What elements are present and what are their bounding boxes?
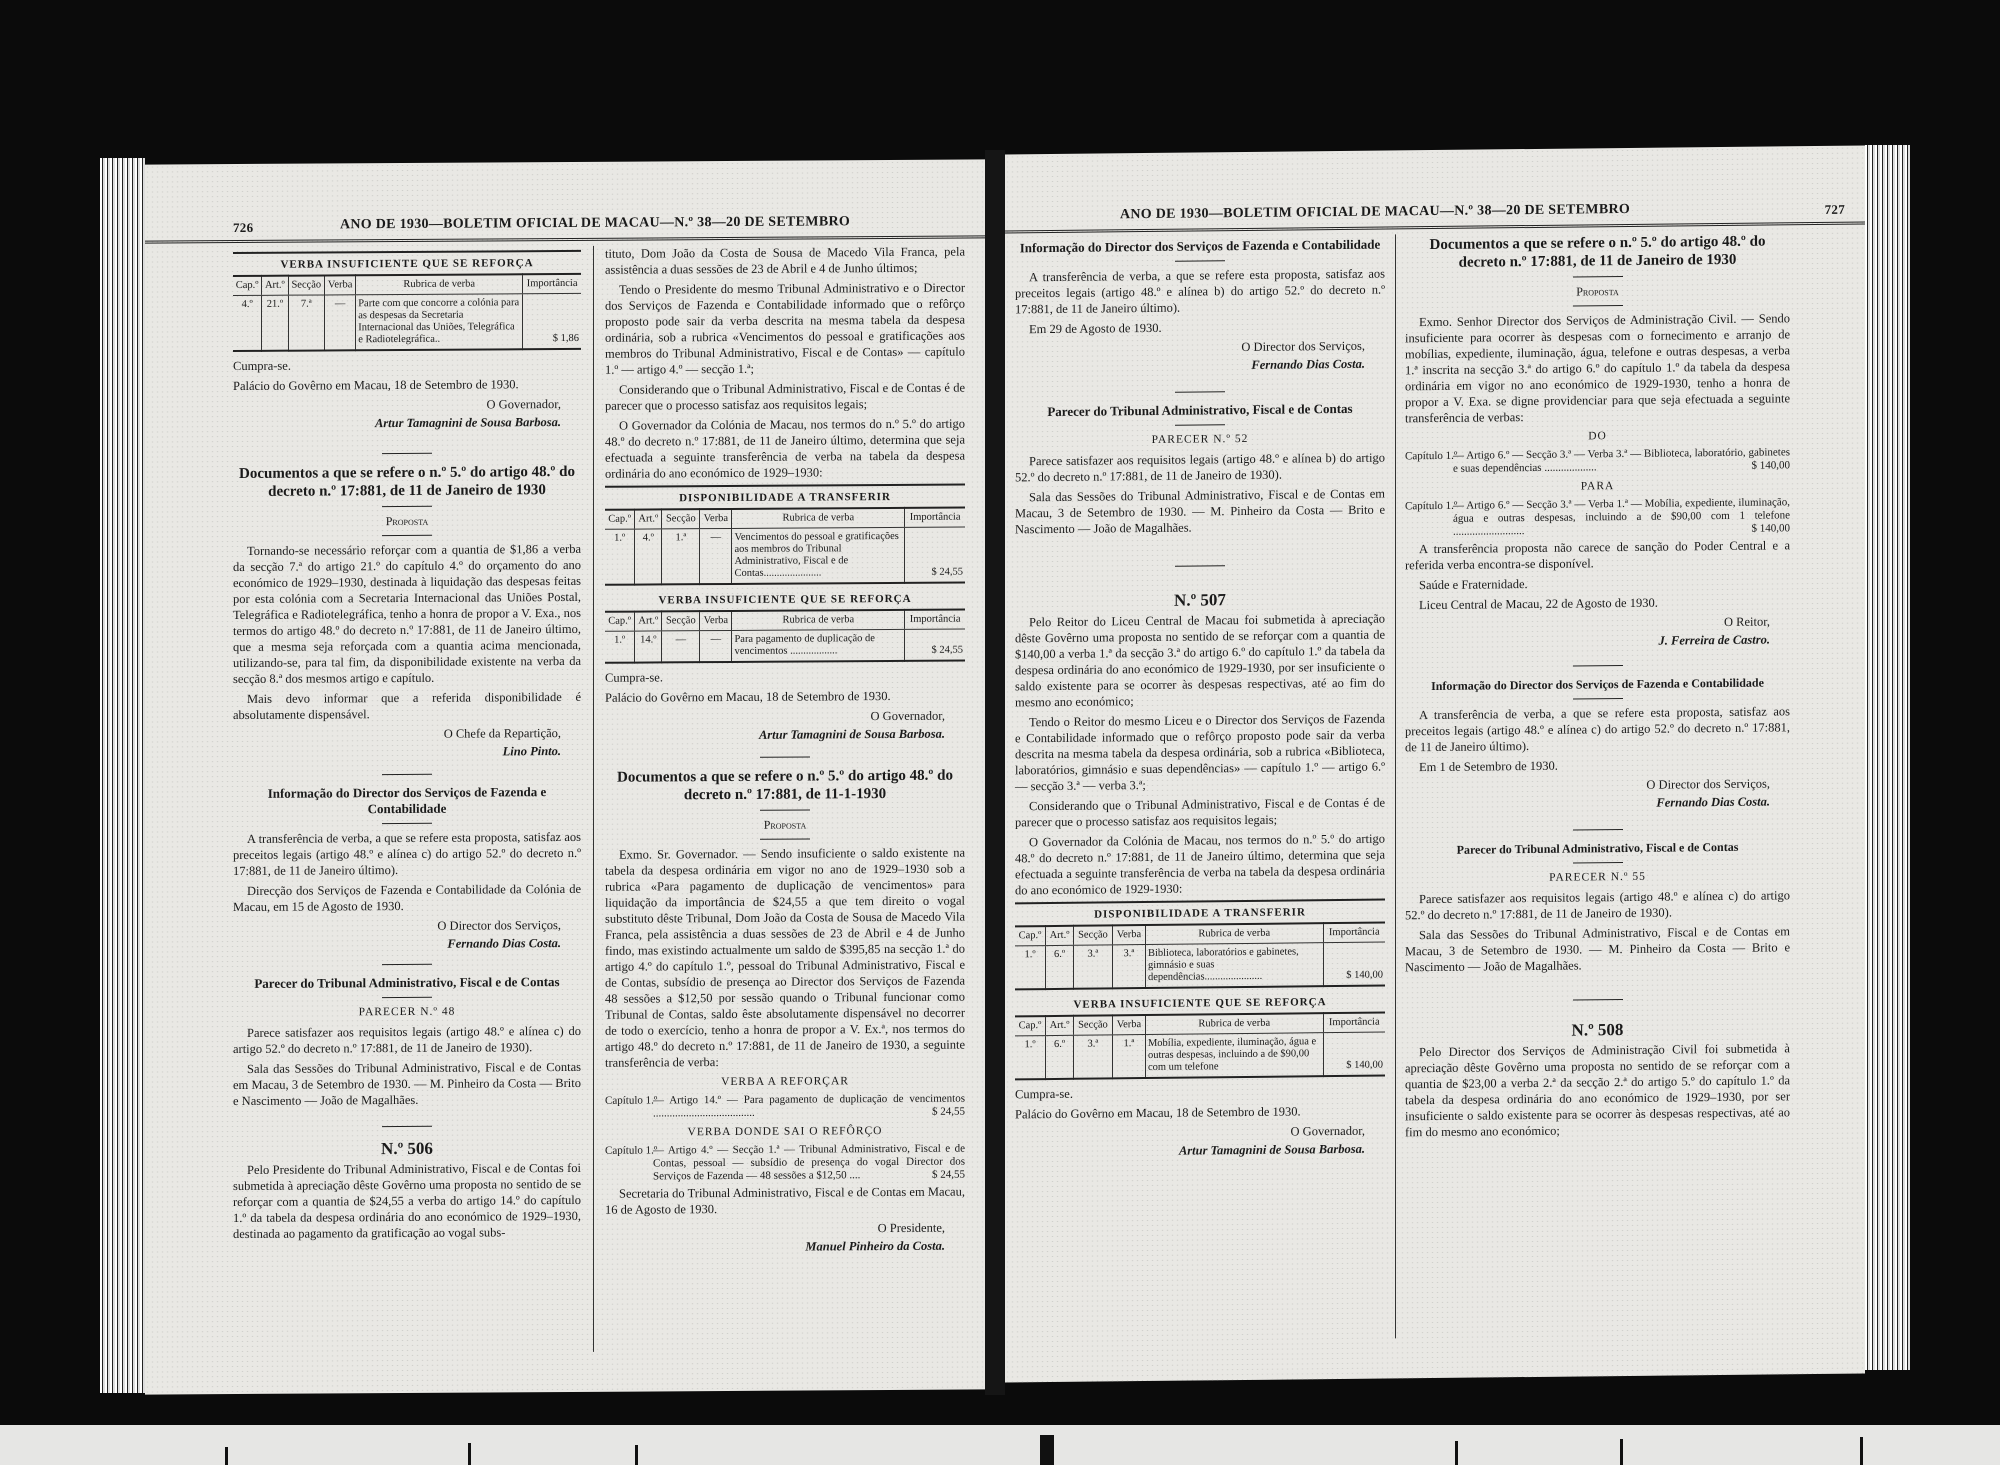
divider <box>1573 665 1623 667</box>
left-column-2: tituto, Dom João da Costa de Sousa de Ma… <box>605 244 965 1258</box>
divider <box>382 453 432 454</box>
table-cell: 4.º <box>635 529 662 585</box>
signer-name: Artur Tamagnini de Sousa Barbosa. <box>233 414 581 432</box>
table-cell: 1.º <box>1015 946 1046 990</box>
paragraph: Pelo Reitor do Liceu Central de Macau fo… <box>1015 611 1385 711</box>
running-title: ANO DE 1930—BOLETIM OFICIAL DE MACAU—N.º… <box>1005 199 1865 224</box>
table-cell: Mobília, expediente, iluminação, água e … <box>1145 1033 1323 1078</box>
section-heading: Parecer do Tribunal Administrativo, Fisc… <box>233 974 581 992</box>
column-rule <box>593 246 594 1352</box>
palacio-line: Palácio do Govêrno em Macau, 18 de Setem… <box>233 376 581 394</box>
paragraph: Saúde e Fraternidade. <box>1405 573 1790 593</box>
table-title: DISPONIBILIDADE A TRANSFERIR <box>1015 899 1385 924</box>
left-page-edges <box>100 158 145 1393</box>
paragraph: Sala das Sessões do Tribunal Administrat… <box>1405 923 1790 975</box>
paragraph: Em 1 de Setembro de 1930. <box>1405 755 1790 775</box>
signer-title: O Chefe da Repartição, <box>233 725 581 743</box>
divider <box>1175 391 1225 393</box>
section-heading: Informação do Director dos Serviços de F… <box>233 784 581 818</box>
paragraph: tituto, Dom João da Costa de Sousa de Ma… <box>605 244 965 278</box>
divider <box>1175 260 1225 262</box>
table-cell: 1.ª <box>1112 1035 1145 1079</box>
signer-title: O Governador, <box>1015 1123 1385 1143</box>
paragraph: A transferência proposta não carece de s… <box>1405 537 1790 573</box>
right-page: ANO DE 1930—BOLETIM OFICIAL DE MACAU—N.º… <box>1005 145 1865 1382</box>
section-heading: Documentos a que se refere o n.º 5.º do … <box>605 767 965 805</box>
column-header: Rubrica de verba <box>732 508 905 529</box>
table-row: 4.º21.º7.ª—Parte com que concorre a coló… <box>233 293 581 351</box>
divider <box>760 810 810 811</box>
right-column-1: Informação do Director dos Serviços de F… <box>1015 235 1385 1163</box>
right-page-edges <box>1865 145 1910 1370</box>
column-header: Verba <box>1112 1015 1145 1035</box>
subheading: Proposta <box>1405 281 1790 301</box>
paragraph: A transferência de verba, a que se refer… <box>233 829 581 879</box>
table-cell: — <box>700 528 732 584</box>
signer-name: Lino Pinto. <box>233 743 581 761</box>
paragraph: Direcção dos Serviços de Fazenda e Conta… <box>233 881 581 915</box>
signer-name: Fernando Dias Costa. <box>1405 793 1790 813</box>
divider <box>1573 999 1623 1001</box>
column-header: Secção <box>288 275 325 295</box>
table-row: 1.º6.º3.ª1.ªMobília, expediente, ilumina… <box>1015 1032 1385 1079</box>
column-header: Art.º <box>635 509 662 529</box>
column-header: Art.º <box>1046 1016 1074 1036</box>
mark <box>635 1445 638 1465</box>
table-cell: 6.º <box>1046 1035 1074 1079</box>
table-cell: 3.ª <box>1073 945 1112 989</box>
column-header: Importância <box>523 274 581 294</box>
disponibilidade-table: Cap.ºArt.ºSecçãoVerbaRubrica de verbaImp… <box>1015 922 1385 991</box>
paragraph: Exmo. Sr. Governador. — Sendo insuficien… <box>605 845 965 1071</box>
paragraph: Considerando que o Tribunal Administrati… <box>1015 795 1385 831</box>
table-cell: $ 140,00 <box>1323 942 1385 986</box>
signer-title: O Governador, <box>233 396 581 414</box>
column-header: Cap.º <box>233 276 262 296</box>
subheading: VERBA A REFORÇAR <box>605 1073 965 1091</box>
table-cell: Biblioteca, laboratórios e gabinetes, gi… <box>1145 943 1323 988</box>
table-cell: 4.º <box>233 295 262 351</box>
mark <box>1455 1441 1458 1465</box>
palacio-line: Palácio do Govêrno em Macau, 18 de Setem… <box>605 688 965 706</box>
cumpra-se: Cumpra-se. <box>1015 1083 1385 1103</box>
signer-name: J. Ferreira de Castro. <box>1405 631 1790 651</box>
paragraph: O Governador da Colónia de Macau, nos te… <box>605 416 965 482</box>
running-head-right: ANO DE 1930—BOLETIM OFICIAL DE MACAU—N.º… <box>1005 197 1865 233</box>
column-header: Cap.º <box>1015 926 1046 946</box>
divider <box>1573 276 1623 278</box>
verba-table: Cap.ºArt.ºSecçãoVerbaRubrica de verbaImp… <box>233 273 581 352</box>
paragraph: Secretaria do Tribunal Administrativo, F… <box>605 1184 965 1218</box>
table-cell: 21.º <box>262 295 288 351</box>
paragraph: Tendo o Presidente do mesmo Tribunal Adm… <box>605 280 965 378</box>
signer-name: Manuel Pinheiro da Costa. <box>605 1238 965 1256</box>
column-header: Rubrica de verba <box>732 610 905 631</box>
verba-table: Cap.ºArt.ºSecçãoVerbaRubrica de verbaImp… <box>605 609 965 664</box>
document-number: N.º 506 <box>233 1140 581 1158</box>
table-cell: Parte com que concorre a colónia para as… <box>356 294 523 351</box>
column-header: Cap.º <box>605 510 635 530</box>
paragraph: Liceu Central de Macau, 22 de Agosto de … <box>1405 593 1790 613</box>
paragraph: Tornando-se necessário reforçar com a qu… <box>233 541 581 687</box>
subheading: Proposta <box>605 816 965 834</box>
running-head-left: 726 ANO DE 1930—BOLETIM OFICIAL DE MACAU… <box>145 211 985 243</box>
parecer-number: PARECER N.º 48 <box>233 1003 581 1021</box>
column-header: Art.º <box>262 276 288 296</box>
cumpra-se: Cumpra-se. <box>605 668 965 686</box>
cumpra-se: Cumpra-se. <box>233 356 581 374</box>
column-header: Rubrica de verba <box>1145 1013 1323 1034</box>
right-column-2: Documentos a que se refere o n.º 5.º do … <box>1405 230 1790 1144</box>
divider <box>382 535 432 536</box>
divider <box>382 506 432 507</box>
column-header: Importância <box>1323 923 1385 943</box>
verba-table: Cap.ºArt.ºSecçãoVerbaRubrica de verbaImp… <box>1015 1012 1385 1081</box>
disponibilidade-table: Cap.ºArt.ºSecçãoVerbaRubrica de verbaImp… <box>605 507 965 586</box>
document-number: N.º 507 <box>1015 591 1385 611</box>
divider <box>382 997 432 998</box>
column-header: Verba <box>700 509 732 529</box>
subheading: VERBA DONDE SAI O REFÔRÇO <box>605 1123 965 1141</box>
table-cell: — <box>662 631 700 663</box>
column-header: Rubrica de verba <box>356 274 523 295</box>
mark <box>1620 1439 1623 1465</box>
column-header: Art.º <box>1046 926 1074 946</box>
column-header: Cap.º <box>1015 1016 1046 1036</box>
paragraph: Sala das Sessões do Tribunal Administrat… <box>1015 486 1385 538</box>
mark <box>225 1447 228 1465</box>
column-header: Art.º <box>635 611 662 631</box>
section-heading: Documentos a que se refere o n.º 5.º do … <box>233 463 581 501</box>
left-page: 726 ANO DE 1930—BOLETIM OFICIAL DE MACAU… <box>145 159 985 1394</box>
divider <box>382 823 432 824</box>
paragraph: Tendo o Reitor do mesmo Liceu e o Direct… <box>1015 711 1385 795</box>
table-cell: 1.ª <box>662 529 700 585</box>
paragraph: A transferência de verba, a que se refer… <box>1405 703 1790 755</box>
table-cell: 7.ª <box>288 295 325 351</box>
scanner-bed-strip <box>0 1425 2000 1465</box>
column-rule <box>1395 234 1396 1338</box>
paragraph: O Governador da Colónia de Macau, nos te… <box>1015 831 1385 899</box>
section-heading: Informação do Director dos Serviços de F… <box>1405 674 1790 694</box>
column-header: Verba <box>700 611 732 631</box>
paragraph: Sala das Sessões do Tribunal Administrat… <box>233 1059 581 1109</box>
line-item: Capítulo 1.º — Artigo 4.º — Secção 1.ª —… <box>605 1143 965 1184</box>
divider <box>382 1126 432 1127</box>
table-cell: — <box>325 295 356 351</box>
column-header: Verba <box>325 275 356 295</box>
signer-title: O Reitor, <box>1405 613 1790 633</box>
table-title: VERBA INSUFICIENTE QUE SE REFORÇA <box>1015 991 1385 1014</box>
book-gutter <box>985 150 1005 1395</box>
paragraph: A transferência de verba, a que se refer… <box>1015 266 1385 318</box>
table-title: VERBA INSUFICIENTE QUE SE REFORÇA <box>605 588 965 609</box>
document-number: N.º 508 <box>1405 1020 1790 1040</box>
paragraph: Pelo Presidente do Tribunal Administrati… <box>233 1160 581 1242</box>
table-cell: 3.ª <box>1112 945 1145 989</box>
column-header: Secção <box>1073 1015 1112 1035</box>
table-cell: $ 24,55 <box>905 527 965 583</box>
table-row: 1.º6.º3.ª3.ªBiblioteca, laboratórios e g… <box>1015 942 1385 989</box>
signer-name: Fernando Dias Costa. <box>1015 356 1385 376</box>
column-header: Secção <box>662 611 700 631</box>
section-heading: Documentos a que se refere o n.º 5.º do … <box>1405 232 1790 272</box>
table-cell: Para pagamento de duplicação de vencimen… <box>732 629 905 662</box>
column-header: Verba <box>1112 925 1145 945</box>
table-row: 1.º4.º1.ª—Vencimentos do pessoal e grati… <box>605 527 965 585</box>
paragraph: Mais devo informar que a referida dispon… <box>233 689 581 723</box>
column-header: Importância <box>1323 1013 1385 1033</box>
column-header: Rubrica de verba <box>1145 923 1323 944</box>
signer-title: O Director dos Serviços, <box>233 917 581 935</box>
signer-title: O Director dos Serviços, <box>1015 338 1385 358</box>
signer-title: O Governador, <box>605 708 965 726</box>
paragraph: Parece satisfazer aos requisitos legais … <box>1405 887 1790 923</box>
subheading: DO <box>1405 426 1790 446</box>
paragraph: Em 29 de Agosto de 1930. <box>1015 318 1385 338</box>
mark <box>1040 1435 1054 1465</box>
divider <box>382 774 432 775</box>
signer-name: Fernando Dias Costa. <box>233 935 581 953</box>
line-item: Capítulo 1.º — Artigo 6.º — Secção 3.ª —… <box>1405 496 1790 539</box>
signer-name: Artur Tamagnini de Sousa Barbosa. <box>605 726 965 744</box>
table-cell: $ 140,00 <box>1323 1032 1385 1076</box>
signer-name: Artur Tamagnini de Sousa Barbosa. <box>1015 1141 1385 1161</box>
divider <box>1573 698 1623 700</box>
divider <box>1175 565 1225 567</box>
paragraph: Considerando que o Tribunal Administrati… <box>605 380 965 414</box>
divider <box>1175 424 1225 426</box>
mark <box>468 1443 471 1465</box>
column-header: Importância <box>905 508 965 528</box>
subheading: Proposta <box>233 512 581 530</box>
paragraph: Exmo. Senhor Director dos Serviços de Ad… <box>1405 310 1790 426</box>
table-title: DISPONIBILIDADE A TRANSFERIR <box>605 484 965 507</box>
column-header: Secção <box>662 509 700 529</box>
divider <box>1573 305 1623 307</box>
divider <box>1573 862 1623 864</box>
table-cell: $ 1,86 <box>523 293 581 349</box>
parecer-number: PARECER N.º 55 <box>1405 867 1790 887</box>
line-item: Capítulo 1.º — Artigo 14.º — Para pagame… <box>605 1093 965 1121</box>
table-title: VERBA INSUFICIENTE QUE SE REFORÇA <box>233 250 581 273</box>
column-header: Cap.º <box>605 612 635 632</box>
table-cell: 14.º <box>635 631 662 663</box>
column-header: Secção <box>1073 925 1112 945</box>
paragraph: Parece satisfazer aos requisitos legais … <box>1015 450 1385 486</box>
table-cell: Vencimentos do pessoal e gratificações a… <box>732 527 905 584</box>
section-heading: Parecer do Tribunal Administrativo, Fisc… <box>1015 401 1385 421</box>
paragraph: Pelo Director dos Serviços de Administra… <box>1405 1040 1790 1140</box>
divider <box>760 757 810 758</box>
table-row: 1.º14.º——Para pagamento de duplicação de… <box>605 629 965 663</box>
table-cell: 1.º <box>605 631 635 663</box>
paragraph: Parece satisfazer aos requisitos legais … <box>233 1023 581 1057</box>
table-cell: 6.º <box>1046 945 1074 989</box>
table-cell: 3.ª <box>1073 1035 1112 1079</box>
left-column-1: VERBA INSUFICIENTE QUE SE REFORÇA Cap.ºA… <box>233 246 581 1246</box>
signer-title: O Presidente, <box>605 1220 965 1238</box>
line-item: Capítulo 1.º — Artigo 6.º — Secção 3.ª —… <box>1405 446 1790 476</box>
running-title: ANO DE 1930—BOLETIM OFICIAL DE MACAU—N.º… <box>145 213 985 234</box>
page-number: 727 <box>1825 202 1845 218</box>
divider <box>760 839 810 840</box>
table-cell: 1.º <box>605 529 635 585</box>
parecer-number: PARECER N.º 52 <box>1015 430 1385 450</box>
table-cell: $ 24,55 <box>905 629 965 661</box>
signer-title: O Director dos Serviços, <box>1405 775 1790 795</box>
divider <box>1573 829 1623 831</box>
section-heading: Informação do Director dos Serviços de F… <box>1015 237 1385 257</box>
table-cell: — <box>700 630 732 662</box>
section-heading: Parecer do Tribunal Administrativo, Fisc… <box>1405 838 1790 858</box>
mark <box>1860 1437 1863 1465</box>
column-header: Importância <box>905 610 965 630</box>
palacio-line: Palácio do Govêrno em Macau, 18 de Setem… <box>1015 1103 1385 1123</box>
subheading: PARA <box>1405 476 1790 496</box>
table-cell: 1.º <box>1015 1036 1046 1080</box>
divider <box>382 964 432 965</box>
